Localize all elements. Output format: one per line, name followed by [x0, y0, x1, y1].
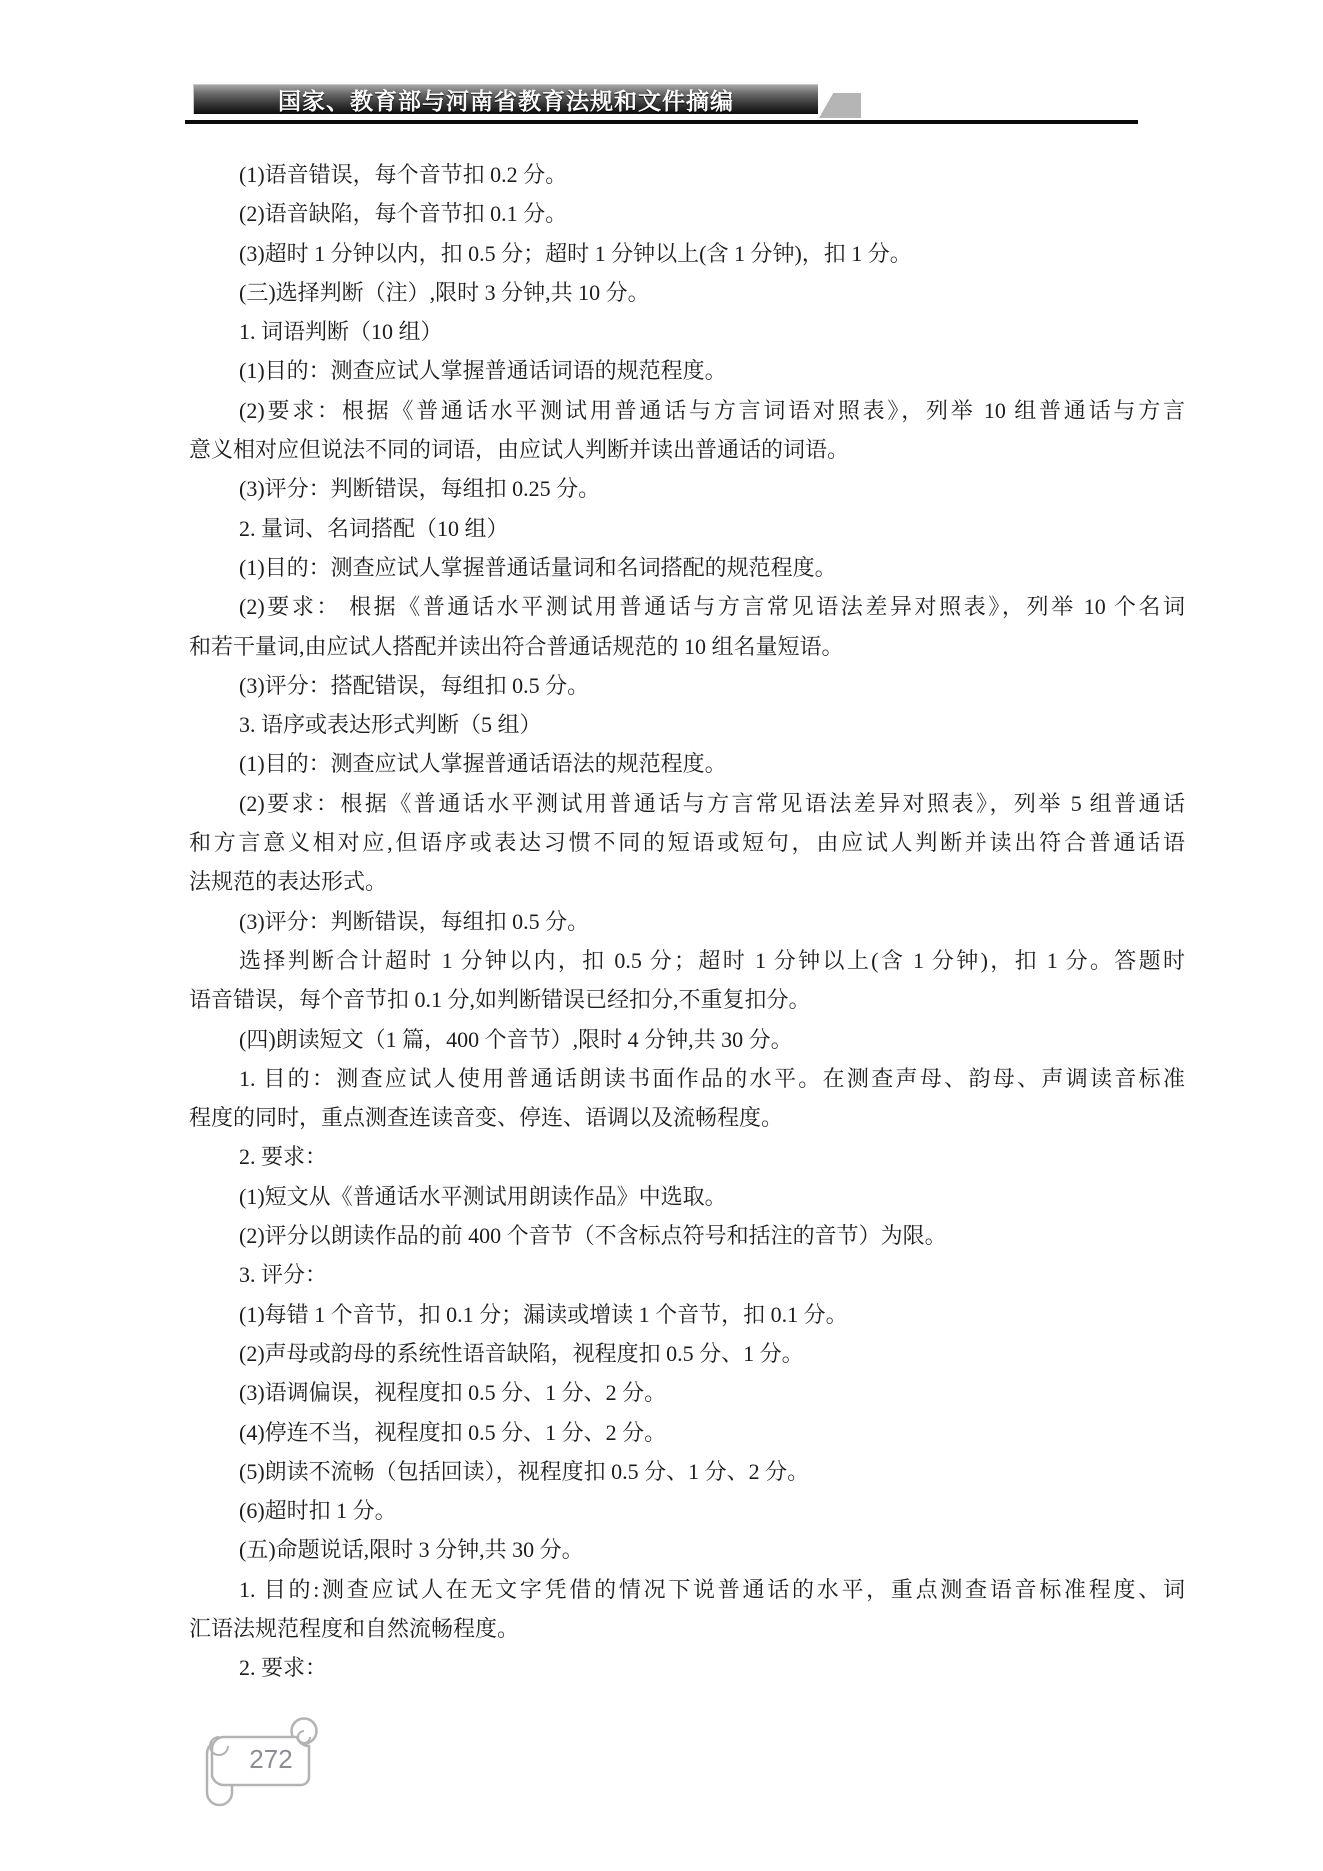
page-number-scroll: 272	[200, 1713, 345, 1818]
text-line: 程度的同时，重点测查连读音变、停连、语调以及流畅程度。	[189, 1098, 1185, 1137]
text-line: (2)要求： 根据《普通话水平测试用普通话与方言常见语法差异对照表》，列举 10…	[189, 587, 1185, 626]
chapter-header-title: 国家、教育部与河南省教育法规和文件摘编	[278, 83, 734, 116]
text-line: (1)每错 1 个音节，扣 0.1 分；漏读或增读 1 个音节，扣 0.1 分。	[189, 1295, 1185, 1334]
text-line: (三)选择判断（注）,限时 3 分钟,共 10 分。	[189, 273, 1185, 312]
text-line: (1)目的：测查应试人掌握普通话量词和名词搭配的规范程度。	[189, 548, 1185, 587]
text-line: 1. 目的：测查应试人使用普通话朗读书面作品的水平。在测查声母、韵母、声调读音标…	[189, 1059, 1185, 1098]
text-line: (5)朗读不流畅（包括回读），视程度扣 0.5 分、1 分、2 分。	[189, 1452, 1185, 1491]
text-line: 2. 量词、名词搭配（10 组）	[189, 509, 1185, 548]
text-line: (3)超时 1 分钟以内，扣 0.5 分；超时 1 分钟以上(含 1 分钟)，扣…	[189, 234, 1185, 273]
text-line: (6)超时扣 1 分。	[189, 1491, 1185, 1530]
text-line: 选择判断合计超时 1 分钟以内，扣 0.5 分；超时 1 分钟以上(含 1 分钟…	[189, 941, 1185, 980]
text-line: 和若干量词,由应试人搭配并读出符合普通话规范的 10 组名量短语。	[189, 627, 1185, 666]
text-line: (3)语调偏误，视程度扣 0.5 分、1 分、2 分。	[189, 1373, 1185, 1412]
text-line: (2)要求：根据《普通话水平测试用普通话与方言常见语法差异对照表》，列举 5 组…	[189, 784, 1185, 823]
text-line: 语音错误，每个音节扣 0.1 分,如判断错误已经扣分,不重复扣分。	[189, 980, 1185, 1019]
text-line: (1)目的：测查应试人掌握普通话语法的规范程度。	[189, 744, 1185, 783]
text-line: 2. 要求：	[189, 1648, 1185, 1687]
text-line: 3. 语序或表达形式判断（5 组）	[189, 705, 1185, 744]
header-divider-line	[185, 120, 1138, 124]
text-line: (3)评分：判断错误，每组扣 0.5 分。	[189, 902, 1185, 941]
text-line: (2)评分以朗读作品的前 400 个音节（不含标点符号和括注的音节）为限。	[189, 1216, 1185, 1255]
text-line: (1)短文从《普通话水平测试用朗读作品》中选取。	[189, 1177, 1185, 1216]
text-line: (3)评分：判断错误，每组扣 0.25 分。	[189, 469, 1185, 508]
text-line: (3)评分：搭配错误，每组扣 0.5 分。	[189, 666, 1185, 705]
text-line: 1. 词语判断（10 组）	[189, 312, 1185, 351]
text-line: 法规范的表达形式。	[189, 862, 1185, 901]
banner-arrow-decoration	[819, 93, 861, 118]
text-line: (2)声母或韵母的系统性语音缺陷，视程度扣 0.5 分、1 分。	[189, 1334, 1185, 1373]
document-page: 国家、教育部与河南省教育法规和文件摘编 (1)语音错误，每个音节扣 0.2 分。…	[0, 0, 1323, 1871]
text-line: 3. 评分：	[189, 1255, 1185, 1294]
chapter-header-banner: 国家、教育部与河南省教育法规和文件摘编	[193, 84, 818, 114]
text-line: 1. 目的:测查应试人在无文字凭借的情况下说普通话的水平，重点测查语音标准程度、…	[189, 1570, 1185, 1609]
text-line: (四)朗读短文（1 篇，400 个音节）,限时 4 分钟,共 30 分。	[189, 1020, 1185, 1059]
document-body: (1)语音错误，每个音节扣 0.2 分。(2)语音缺陷，每个音节扣 0.1 分。…	[189, 155, 1185, 1688]
text-line: (1)语音错误，每个音节扣 0.2 分。	[189, 155, 1185, 194]
text-line: (五)命题说话,限时 3 分钟,共 30 分。	[189, 1530, 1185, 1569]
text-line: (2)语音缺陷，每个音节扣 0.1 分。	[189, 194, 1185, 233]
text-line: (1)目的：测查应试人掌握普通话词语的规范程度。	[189, 351, 1185, 390]
text-line: 汇语法规范程度和自然流畅程度。	[189, 1609, 1185, 1648]
text-line: 2. 要求：	[189, 1137, 1185, 1176]
text-line: (4)停连不当，视程度扣 0.5 分、1 分、2 分。	[189, 1413, 1185, 1452]
text-line: (2)要求：根据《普通话水平测试用普通话与方言词语对照表》，列举 10 组普通话…	[189, 391, 1185, 430]
page-number: 272	[236, 1743, 306, 1775]
text-line: 意义相对应但说法不同的词语，由应试人判断并读出普通话的词语。	[189, 430, 1185, 469]
text-line: 和方言意义相对应,但语序或表达习惯不同的短语或短句，由应试人判断并读出符合普通话…	[189, 823, 1185, 862]
